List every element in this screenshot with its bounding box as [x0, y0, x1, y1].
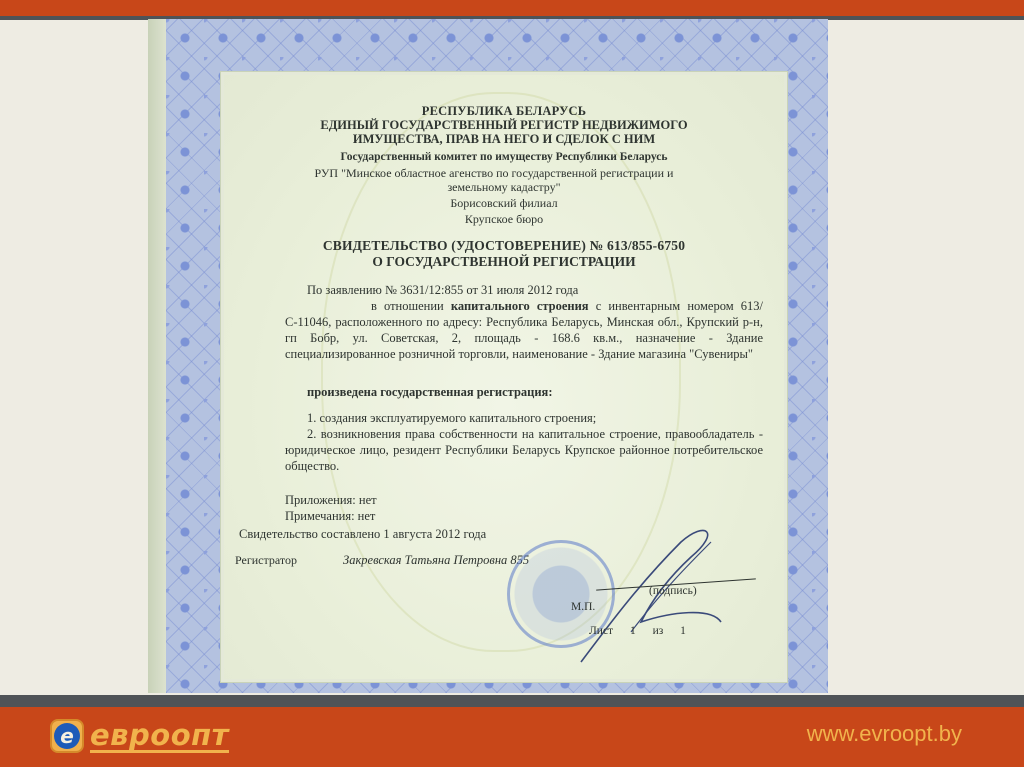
registration-item-2: 2. возникновения права собственности на … [285, 426, 763, 474]
evroopt-logo: e евроопт [50, 719, 229, 753]
object-description: в отношении капитального строения с инве… [285, 298, 763, 362]
object-type: капитального строения [451, 299, 589, 313]
registrar-label: Регистратор [235, 552, 325, 568]
top-accent-bar [0, 0, 1024, 16]
application-line: По заявлению № 3631/12:855 от 31 июля 20… [307, 282, 785, 298]
header-committee: Государственный комитет по имуществу Рес… [221, 150, 787, 165]
certificate-paper: РЕСПУБЛИКА БЕЛАРУСЬ ЕДИНЫЙ ГОСУДАРСТВЕНН… [220, 71, 788, 683]
certificate-subtitle: О ГОСУДАРСТВЕННОЙ РЕГИСТРАЦИИ [221, 254, 787, 269]
header-agency-line1: РУП "Минское областное агенство по госуд… [211, 166, 777, 181]
header-agency-line2: земельному кадастру" [221, 180, 787, 195]
certificate-title: СВИДЕТЕЛЬСТВО (УДОСТОВЕРЕНИЕ) № 613/855-… [221, 238, 787, 253]
e-logo-icon: e [50, 719, 84, 753]
sheet-number: Лист 1 из 1 [589, 624, 686, 639]
certificate-text: РЕСПУБЛИКА БЕЛАРУСЬ ЕДИНЫЙ ГОСУДАРСТВЕНН… [221, 72, 787, 682]
header-branch: Борисовский филиал [221, 196, 787, 211]
notes-line: Примечания: нет [285, 508, 485, 524]
website-url: www.evroopt.by [807, 721, 962, 747]
seal-label: М.П. [571, 600, 595, 615]
attachments-line: Приложения: нет [285, 492, 485, 508]
header-country: РЕСПУБЛИКА БЕЛАРУСЬ [221, 104, 787, 119]
signature-label: (подпись) [649, 584, 697, 599]
header-register-line1: ЕДИНЫЙ ГОСУДАРСТВЕННЫЙ РЕГИСТР НЕДВИЖИМО… [221, 118, 787, 133]
issue-date-line: Свидетельство составлено 1 августа 2012 … [239, 526, 599, 542]
certificate-photo: РЕСПУБЛИКА БЕЛАРУСЬ ЕДИНЫЙ ГОСУДАРСТВЕНН… [148, 19, 828, 693]
header-register-line2: ИМУЩЕСТВА, ПРАВ НА НЕГО И СДЕЛОК С НИМ [221, 132, 787, 147]
bottom-bar-shadow [0, 695, 1024, 707]
registration-heading: произведена государственная регистрация: [307, 384, 785, 400]
registration-item-1: 1. создания эксплуатируемого капитальног… [287, 410, 765, 426]
logo-wordmark: евроопт [90, 720, 229, 753]
header-bureau: Крупское бюро [221, 212, 787, 227]
object-prefix: в отношении [371, 299, 451, 313]
footer-bar: e евроопт www.evroopt.by [0, 707, 1024, 767]
